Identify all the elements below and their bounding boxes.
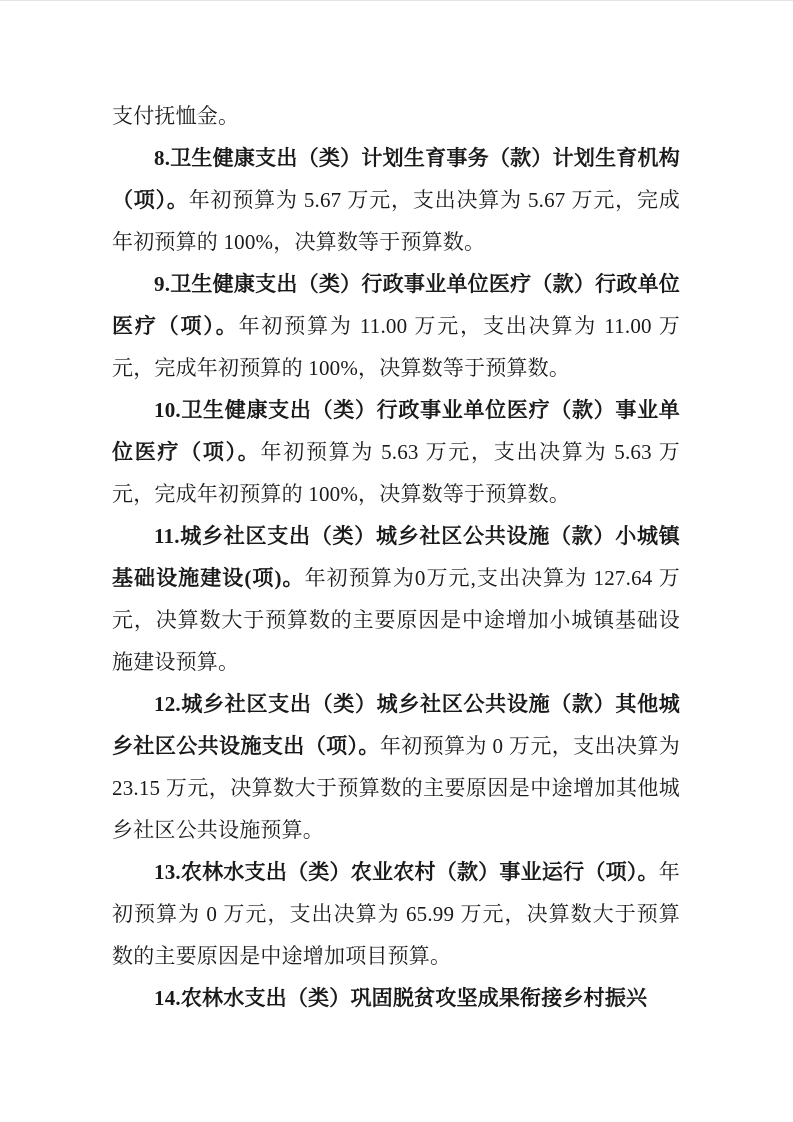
budget-item-8-body: 年初预算为 5.67 万元，支出决算为 5.67 万元，完成年初预算的 100%…	[112, 188, 680, 254]
continuation-text: 支付抚恤金。	[112, 104, 239, 128]
budget-item-11: 11.城乡社区支出（类）城乡社区公共设施（款）小城镇基础设施建设(项)。年初预算…	[112, 515, 680, 683]
paragraph-continuation: 支付抚恤金。	[112, 95, 680, 137]
budget-item-14-heading: 14.农林水支出（类）巩固脱贫攻坚成果衔接乡村振兴	[154, 986, 647, 1010]
budget-item-13: 13.农林水支出（类）农业农村（款）事业运行（项）。年初预算为 0 万元，支出决…	[112, 851, 680, 977]
budget-item-9: 9.卫生健康支出（类）行政事业单位医疗（款）行政单位医疗（项）。年初预算为 11…	[112, 263, 680, 389]
document-page: 支付抚恤金。 8.卫生健康支出（类）计划生育事务（款）计划生育机构（项）。年初预…	[0, 0, 793, 1122]
document-text-block: 支付抚恤金。 8.卫生健康支出（类）计划生育事务（款）计划生育机构（项）。年初预…	[112, 95, 680, 1019]
budget-item-10: 10.卫生健康支出（类）行政事业单位医疗（款）事业单位医疗（项）。年初预算为 5…	[112, 389, 680, 515]
budget-item-13-heading: 13.农林水支出（类）农业农村（款）事业运行（项）。	[154, 860, 659, 884]
budget-item-14: 14.农林水支出（类）巩固脱贫攻坚成果衔接乡村振兴	[112, 977, 680, 1019]
budget-item-12: 12.城乡社区支出（类）城乡社区公共设施（款）其他城乡社区公共设施支出（项）。年…	[112, 683, 680, 851]
budget-item-8: 8.卫生健康支出（类）计划生育事务（款）计划生育机构（项）。年初预算为 5.67…	[112, 137, 680, 263]
